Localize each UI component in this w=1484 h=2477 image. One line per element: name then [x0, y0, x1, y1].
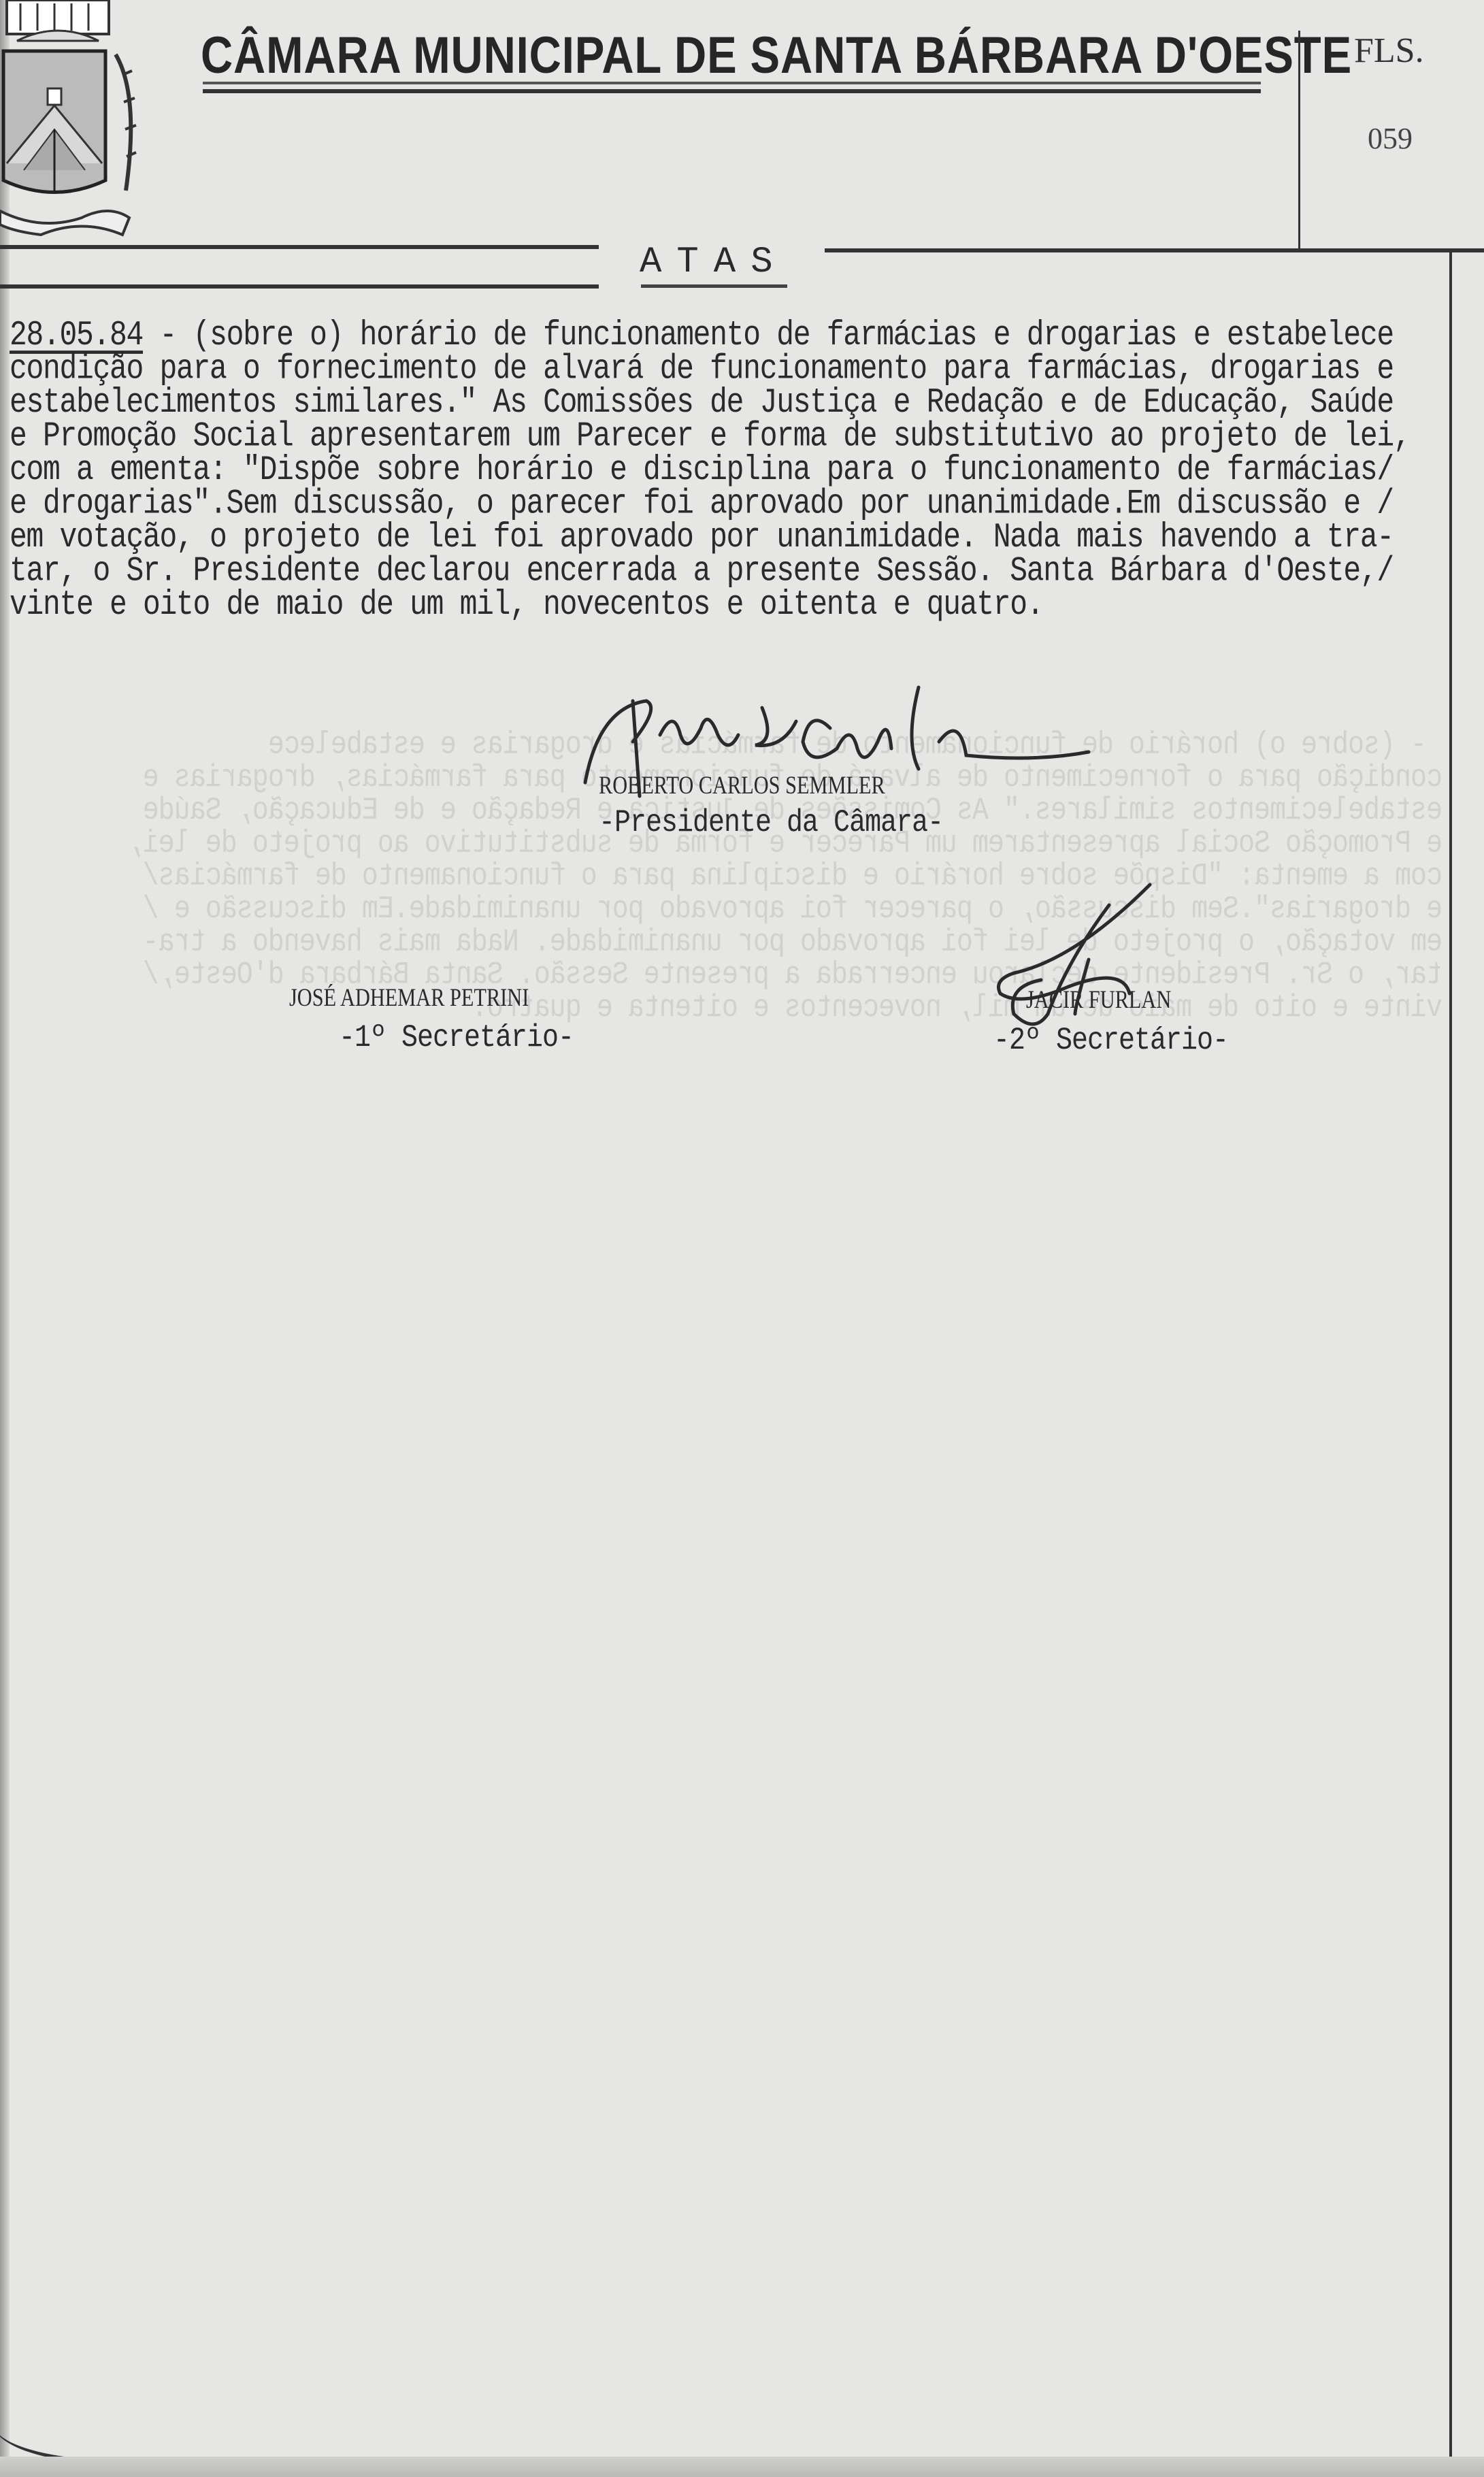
page-edge-shadow	[0, 0, 10, 2477]
section-rule	[0, 245, 599, 249]
president-role: -Presidente da Câmara-	[599, 806, 943, 841]
frame-top-rule	[825, 248, 1484, 252]
header-rule	[203, 82, 1261, 84]
institution-title: CÂMARA MUNICIPAL DE SANTA BÁRBARA D'OEST…	[201, 26, 1352, 85]
first-secretary-role: -1º Secretário-	[339, 1021, 574, 1056]
minutes-line: 28.05.84 - (sobre o) horário de funciona…	[10, 318, 1445, 352]
header-rule	[203, 89, 1261, 93]
folio-label: FLS.	[1354, 31, 1424, 71]
section-title-underline	[641, 284, 787, 288]
minutes-line: e Promoção Social apresentarem um Parece…	[10, 420, 1445, 454]
folio-number: 059	[1368, 121, 1413, 156]
header-divider	[1298, 31, 1300, 248]
minutes-line: estabelecimentos similares." As Comissõe…	[10, 386, 1445, 420]
page-bottom-shadow	[0, 2457, 1484, 2477]
first-secretary-name: JOSÉ ADHEMAR PETRINI	[289, 983, 529, 1013]
section-rule	[0, 284, 599, 289]
minutes-line: com a ementa: "Dispõe sobre horário e di…	[10, 453, 1445, 487]
minutes-line: condição para o fornecimento de alvará d…	[10, 352, 1445, 387]
frame-right-border	[1449, 249, 1452, 2471]
coat-of-arms-icon	[0, 0, 156, 238]
minutes-line: vinte e oito de maio de um mil, novecent…	[10, 588, 1445, 622]
minutes-line: e drogarias".Sem discussão, o parecer fo…	[10, 487, 1445, 521]
second-secretary-role: -2º Secretário-	[993, 1023, 1228, 1059]
section-title: ATAS	[640, 242, 788, 283]
second-secretary-name: JACIR FURLAN	[1026, 985, 1171, 1015]
president-name: ROBERTO CARLOS SEMMLER	[599, 771, 885, 800]
minutes-line: em votação, o projeto de lei foi aprovad…	[10, 521, 1445, 555]
minutes-line: tar, o Sr. Presidente declarou encerrada…	[10, 555, 1445, 589]
minutes-body: 28.05.84 - (sobre o) horário de funciona…	[10, 318, 1445, 622]
